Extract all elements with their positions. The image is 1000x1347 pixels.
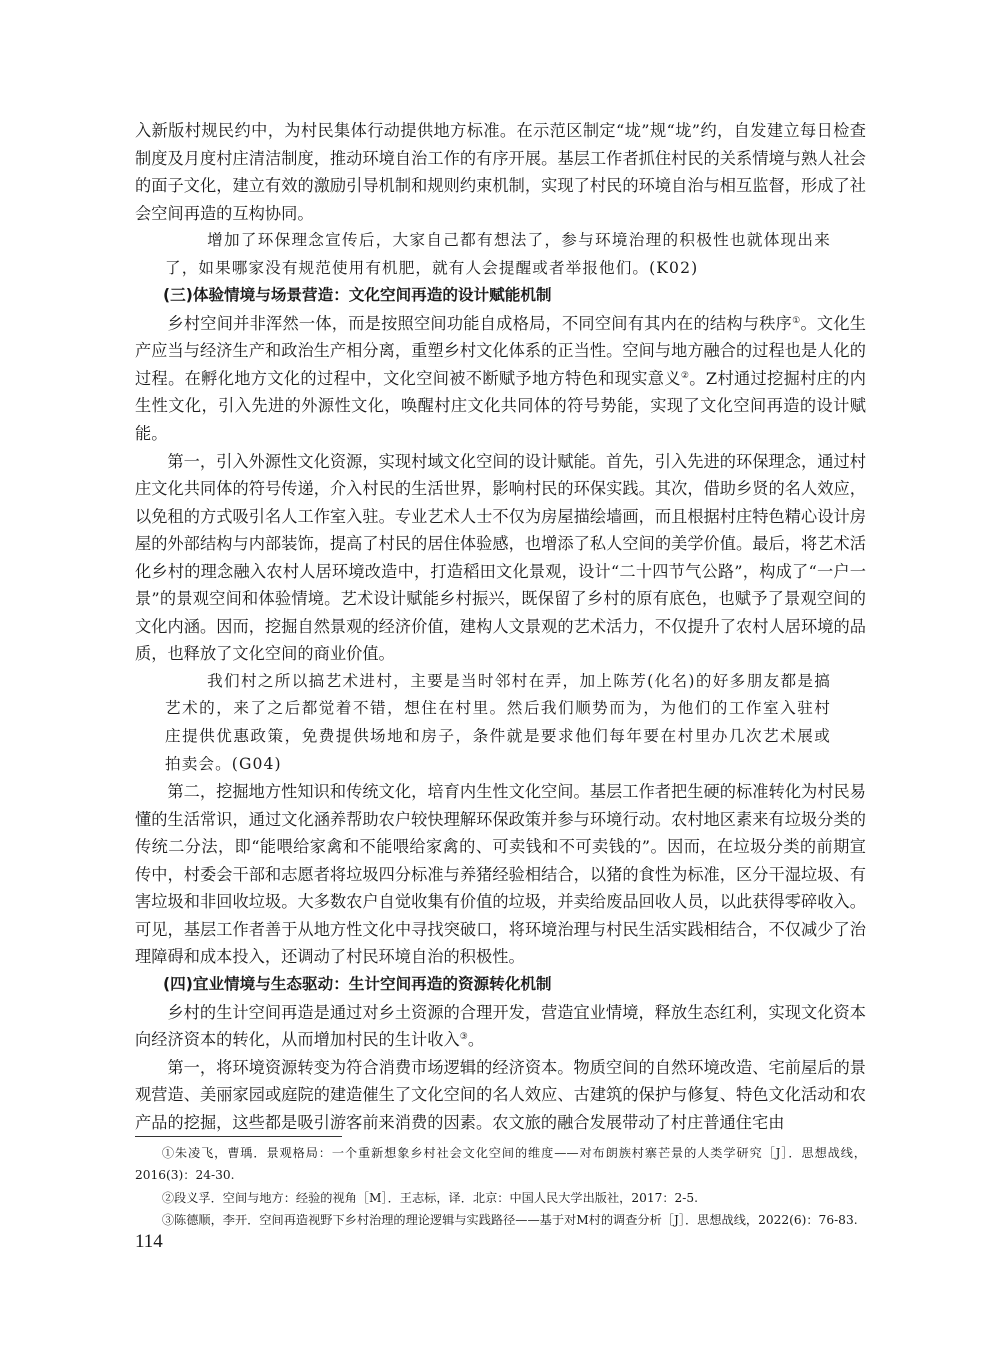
paragraph-text: 乡村空间并非浑然一体，而是按照空间功能自成格局，不同空间有其内在的结构与秩序 [167, 314, 792, 333]
footnote-ref[interactable]: ③ [460, 1032, 468, 1042]
paragraph: 乡村空间并非浑然一体，而是按照空间功能自成格局，不同空间有其内在的结构与秩序①。… [135, 310, 866, 448]
paragraph: 第一，将环境资源转变为符合消费市场逻辑的经济资本。物质空间的自然环境改造、宅前屋… [135, 1054, 866, 1137]
footnote: ③陈德顺，李开．空间再造视野下乡村治理的理论逻辑与实践路径——基于对M村的调查分… [135, 1209, 866, 1231]
page-body: 入新版村规民约中，为村民集体行动提供地方标准。在示范区制定“垅”规“垅”约，自发… [135, 117, 866, 1136]
paragraph: 第二，挖掘地方性知识和传统文化，培育内生性文化空间。基层工作者把生硬的标准转化为… [135, 778, 866, 971]
footnote-divider [135, 1136, 342, 1137]
section-heading: (四)宜业情境与生态驱动：生计空间再造的资源转化机制 [135, 971, 866, 999]
footnotes: ①朱凌飞，曹瑀．景观格局：一个重新想象乡村社会文化空间的维度——对布朗族村寨芒景… [135, 1142, 866, 1231]
paragraph: 乡村的生计空间再造是通过对乡土资源的合理开发，营造宜业情境，释放生态红利，实现文… [135, 999, 866, 1054]
paragraph-text: 乡村的生计空间再造是通过对乡土资源的合理开发，营造宜业情境，释放生态红利，实现文… [135, 1003, 866, 1050]
paragraph: 第一，引入外源性文化资源，实现村域文化空间的设计赋能。首先，引入先进的环保理念，… [135, 448, 866, 668]
footnote: ①朱凌飞，曹瑀．景观格局：一个重新想象乡村社会文化空间的维度——对布朗族村寨芒景… [135, 1142, 866, 1187]
page-number: 114 [135, 1231, 163, 1253]
interview-quote: 我们村之所以搞艺术进村，主要是当时邻村在弄，加上陈芳(化名)的好多朋友都是搞艺术… [165, 668, 831, 778]
interview-quote: 增加了环保理念宣传后，大家自己都有想法了，参与环境治理的积极性也就体现出来了，如… [165, 227, 831, 282]
paragraph-text: 。 [468, 1030, 484, 1049]
paragraph: 入新版村规民约中，为村民集体行动提供地方标准。在示范区制定“垅”规“垅”约，自发… [135, 117, 866, 227]
section-heading: (三)体验情境与场景营造：文化空间再造的设计赋能机制 [135, 282, 866, 310]
footnote: ②段义孚．空间与地方：经验的视角［M］．王志标，译．北京：中国人民大学出版社，2… [135, 1187, 866, 1209]
